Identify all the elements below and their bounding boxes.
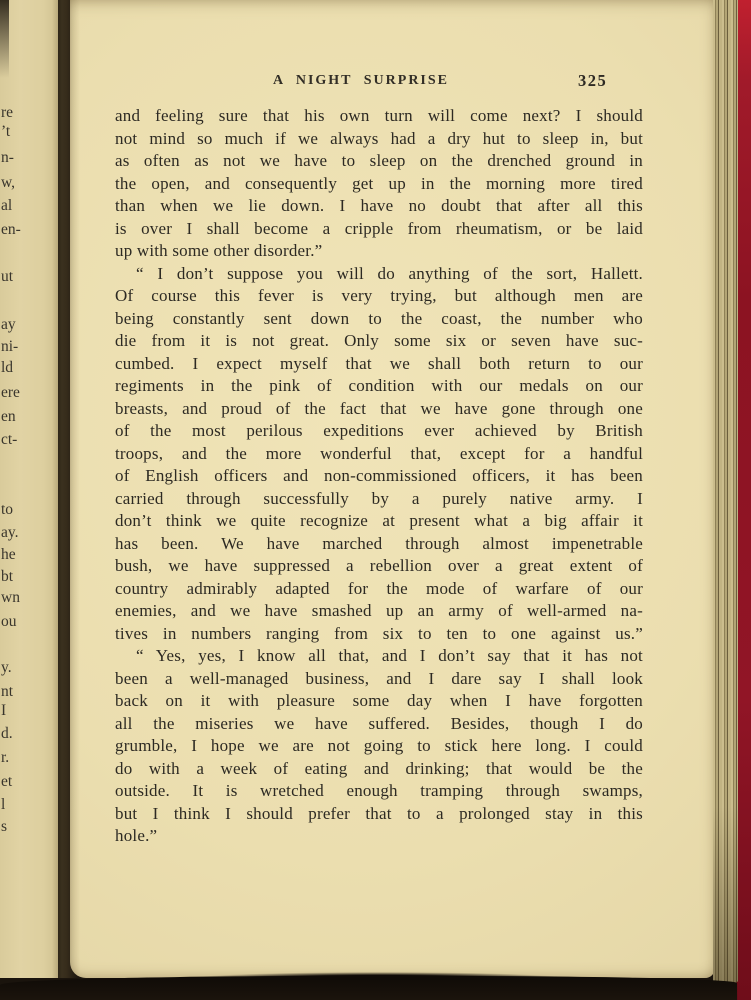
edge-text-fragment: ut xyxy=(1,266,13,288)
text-line: country admirably adapted for the mode o… xyxy=(115,578,643,601)
text-line: die from it is not great. Only some six … xyxy=(115,330,643,353)
edge-text-fragment: d. xyxy=(1,723,13,745)
scanned-book-photo: re’tn-w,alen-utayni-ldereenct-toay.hebtw… xyxy=(0,0,751,1000)
text-line: been a well-managed business, and I dare… xyxy=(115,668,643,691)
text-line: troops, and the more wonderful that, exc… xyxy=(115,443,643,466)
book-cover-spine xyxy=(738,0,751,1000)
text-line: “ Yes, yes, I know all that, and I don’t… xyxy=(115,645,643,668)
text-line: tives in numbers ranging from six to ten… xyxy=(115,623,643,646)
edge-text-fragment: ni- xyxy=(1,336,18,358)
text-line: the open, and consequently get up in the… xyxy=(115,173,643,196)
facing-page-edge: re’tn-w,alen-utayni-ldereenct-toay.hebtw… xyxy=(0,0,58,978)
text-line: back on it with pleasure some day when I… xyxy=(115,690,643,713)
edge-text-fragment: w, xyxy=(1,172,15,194)
page-number: 325 xyxy=(578,71,607,91)
text-line: of the most perilous expeditions ever ac… xyxy=(115,420,643,443)
edge-text-fragment: ay. xyxy=(1,522,19,544)
text-line: not mind so much if we always had a dry … xyxy=(115,128,643,151)
edge-text-fragment: ’t xyxy=(1,121,10,143)
text-line: regiments in the pink of condition with … xyxy=(115,375,643,398)
text-line: “ I don’t suppose you will do anything o… xyxy=(115,263,643,286)
text-line: do with a week of eating and drinking; t… xyxy=(115,758,643,781)
text-line: being constantly sent down to the coast,… xyxy=(115,308,643,331)
edge-text-fragment: et xyxy=(1,771,12,793)
edge-text-fragment: ay xyxy=(1,314,16,336)
text-line: as often as not we have to sleep on the … xyxy=(115,150,643,173)
text-line: outside. It is wretched enough tramping … xyxy=(115,780,643,803)
edge-text-fragment: y. xyxy=(1,657,12,679)
paragraph: and feeling sure that his own turn will … xyxy=(115,105,643,263)
edge-text-fragment: n- xyxy=(1,147,14,169)
paragraph: “ Yes, yes, I know all that, and I don’t… xyxy=(115,645,643,848)
edge-text-fragment: ere xyxy=(1,382,20,404)
book-page: A NIGHT SURPRISE 325 and feeling sure th… xyxy=(70,0,715,978)
page-gutter-shadow xyxy=(52,0,80,978)
text-line: hole.” xyxy=(115,825,643,848)
edge-text-fragment: bt xyxy=(1,566,13,588)
text-line: don’t think we quite recognize at presen… xyxy=(115,510,643,533)
text-line: and feeling sure that his own turn will … xyxy=(115,105,643,128)
scan-corner-shadow xyxy=(0,0,9,78)
text-line: up with some other disorder.” xyxy=(115,240,643,263)
edge-text-fragment: r. xyxy=(1,747,9,769)
text-line: grumble, I hope we are not going to stic… xyxy=(115,735,643,758)
body-text: and feeling sure that his own turn will … xyxy=(115,105,643,848)
text-line: carried through successfully by a purely… xyxy=(115,488,643,511)
text-line: Of course this fever is very trying, but… xyxy=(115,285,643,308)
chapter-title: A NIGHT SURPRISE xyxy=(273,73,449,89)
book-bottom-shadow xyxy=(0,976,737,1000)
edge-text-fragment: wn xyxy=(1,587,20,609)
edge-text-fragment: I xyxy=(1,700,6,722)
text-line: is over I shall become a cripple from rh… xyxy=(115,218,643,241)
edge-text-fragment: en- xyxy=(1,219,21,241)
text-line: than when we lie down. I have no doubt t… xyxy=(115,195,643,218)
text-line: has been. We have marched through almost… xyxy=(115,533,643,556)
edge-text-fragment: s xyxy=(1,816,7,838)
text-line: bush, we have suppressed a rebellion ove… xyxy=(115,555,643,578)
edge-text-fragment: ou xyxy=(1,611,17,633)
text-line: cumbed. I expect myself that we shall bo… xyxy=(115,353,643,376)
edge-text-fragment: to xyxy=(1,499,13,521)
edge-text-fragment: ct- xyxy=(1,429,17,451)
paragraph: “ I don’t suppose you will do anything o… xyxy=(115,263,643,646)
edge-text-fragment: ld xyxy=(1,357,13,379)
text-line: but I think I should prefer that to a pr… xyxy=(115,803,643,826)
text-line: of English officers and non-commissioned… xyxy=(115,465,643,488)
edge-text-fragment: al xyxy=(1,195,12,217)
text-line: all the miseries we have suffered. Besid… xyxy=(115,713,643,736)
edge-text-fragment: l xyxy=(1,794,5,816)
fanned-page-edges xyxy=(713,0,741,984)
text-line: enemies, and we have smashed up an army … xyxy=(115,600,643,623)
edge-text-fragment: he xyxy=(1,544,16,566)
edge-text-fragment: en xyxy=(1,406,16,428)
text-line: breasts, and proud of the fact that we h… xyxy=(115,398,643,421)
